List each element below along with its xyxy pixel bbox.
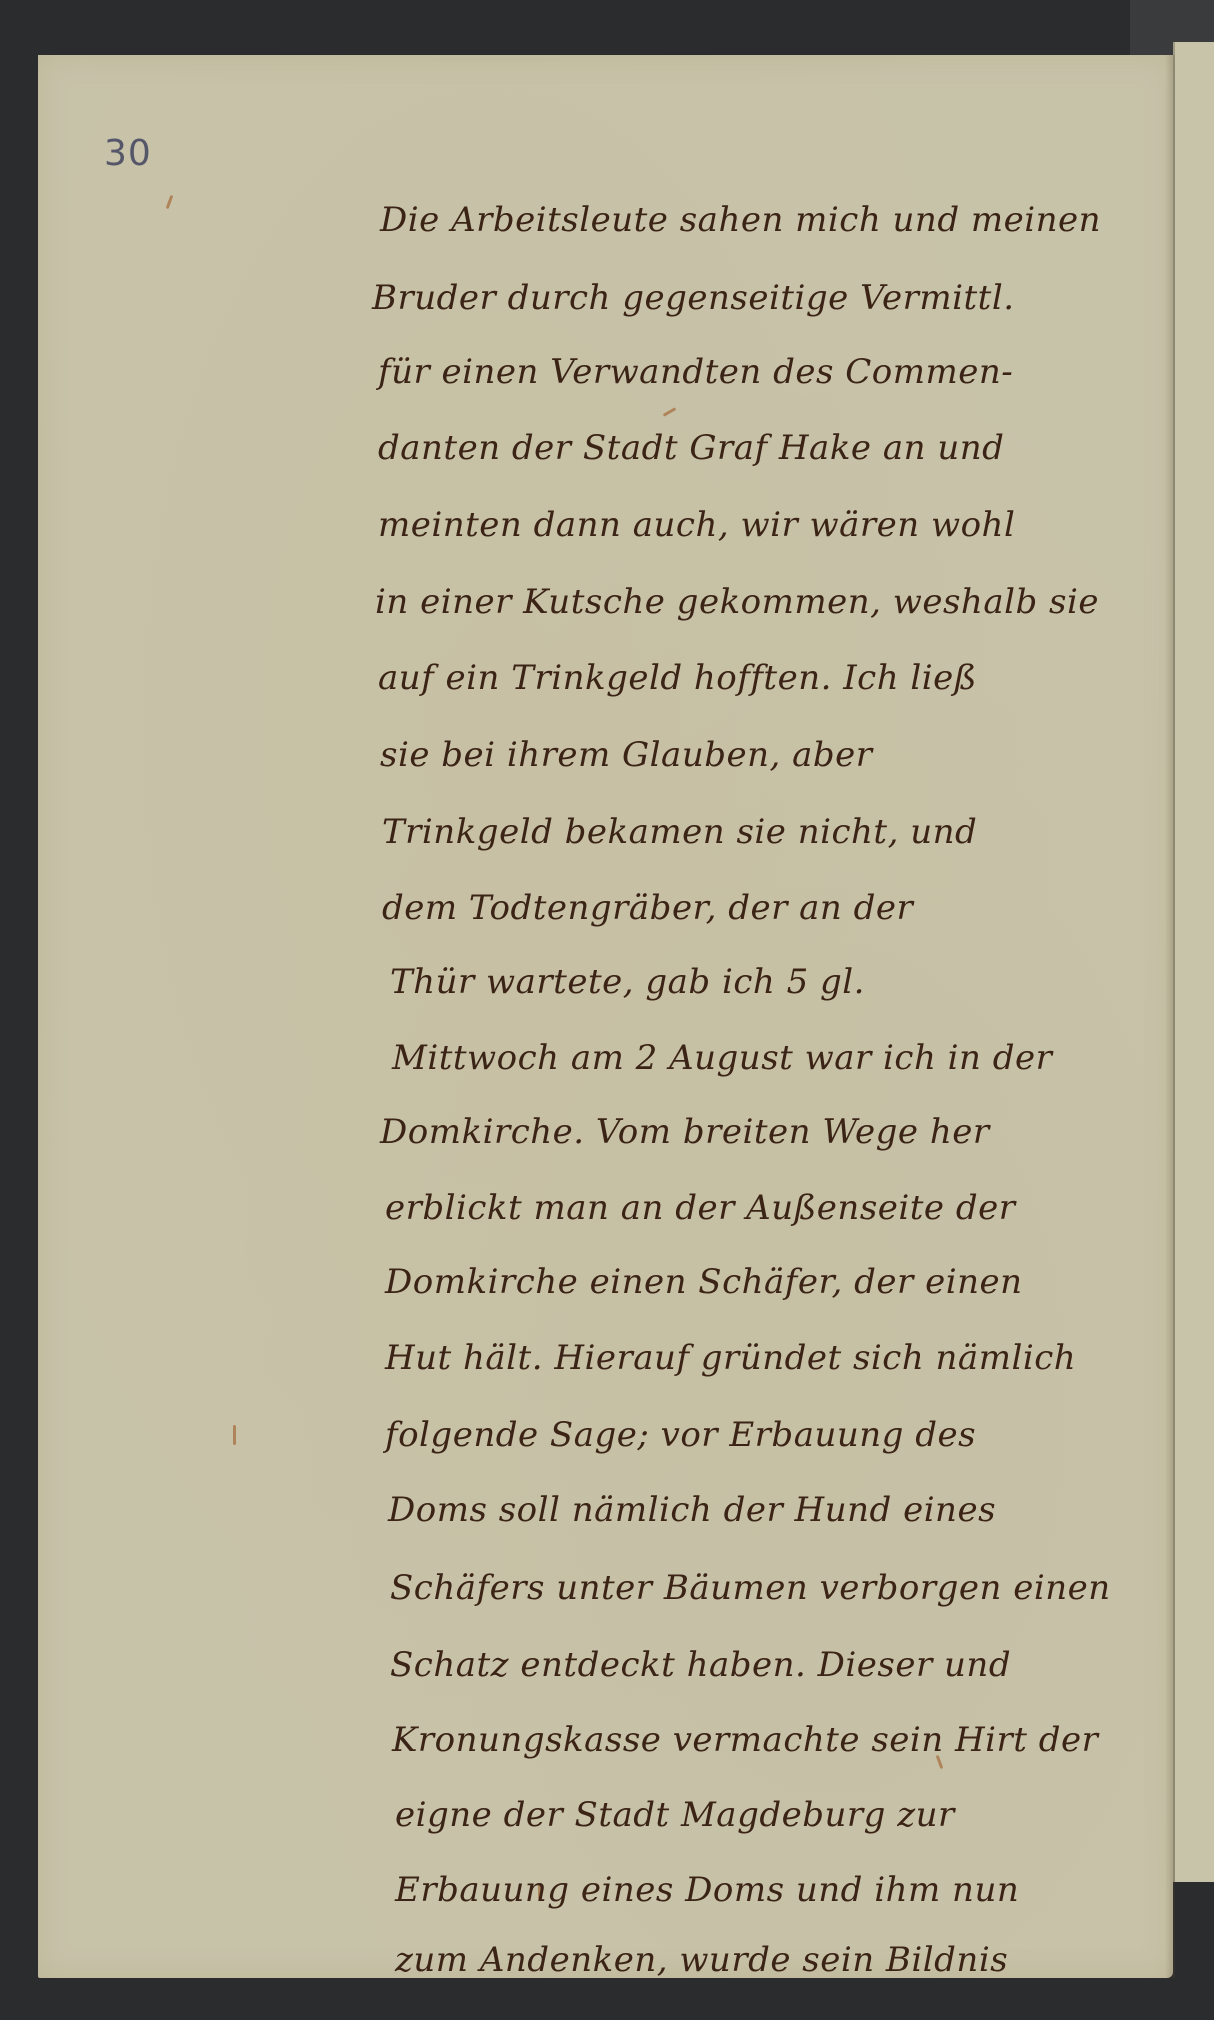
text-line: eigne der Stadt Magdeburg zur xyxy=(395,1795,955,1835)
text-line: Erbauung eines Doms und ihm nun xyxy=(395,1870,1019,1910)
text-line: Schatz entdeckt haben. Dieser und xyxy=(390,1645,1011,1685)
text-line: Die Arbeitsleute sahen mich und meinen xyxy=(380,200,1101,240)
text-line: zum Andenken, wurde sein Bildnis xyxy=(395,1940,1008,1980)
text-line: danten der Stadt Graf Hake an und xyxy=(378,428,1004,468)
text-line: in einer Kutsche gekommen, weshalb sie xyxy=(375,582,1099,622)
text-line: Trinkgeld bekamen sie nicht, und xyxy=(382,812,977,852)
text-line: auf ein Trinkgeld hofften. Ich ließ xyxy=(378,658,977,698)
text-line: Doms soll nämlich der Hund eines xyxy=(388,1490,996,1530)
text-line: Bruder durch gegenseitige Vermittl. xyxy=(372,278,1015,318)
text-line: Kronungskasse vermachte sein Hirt der xyxy=(392,1720,1098,1760)
text-line: folgende Sage; vor Erbauung des xyxy=(385,1415,976,1455)
text-line: erblickt man an der Außenseite der xyxy=(385,1188,1016,1228)
text-line: für einen Verwandten des Commen- xyxy=(378,352,1013,392)
text-line: Schäfers unter Bäumen verborgen einen xyxy=(390,1568,1111,1608)
text-line: Mittwoch am 2 August war ich in der xyxy=(392,1038,1052,1078)
text-line: meinten dann auch, wir wären wohl xyxy=(378,505,1015,545)
text-line: Thür wartete, gab ich 5 gl. xyxy=(390,962,865,1002)
text-line: Hut hält. Hierauf gründet sich nämlich xyxy=(385,1338,1076,1378)
text-line: Domkirche. Vom breiten Wege her xyxy=(380,1112,990,1152)
text-line: dem Todtengräber, der an der xyxy=(382,888,913,928)
text-line: sie bei ihrem Glauben, aber xyxy=(380,735,873,775)
text-line: Domkirche einen Schäfer, der einen xyxy=(385,1262,1022,1302)
handwritten-text: Die Arbeitsleute sahen mich und meinen B… xyxy=(0,0,1214,2020)
